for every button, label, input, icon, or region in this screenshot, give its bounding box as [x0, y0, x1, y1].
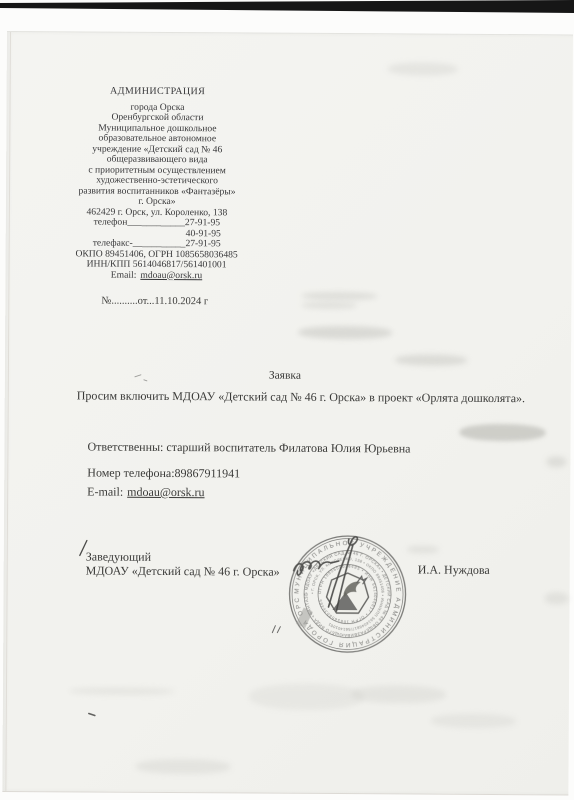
page-ink-marks — [2, 32, 573, 794]
pencil-mark — [135, 375, 147, 381]
scan-edge-artifact — [0, 0, 574, 15]
scan-speck — [89, 714, 95, 716]
quote-mark-artifact — [272, 626, 280, 633]
check-tick-mark — [80, 540, 87, 555]
scanned-document-view: АДМИНИСТРАЦИЯ города Орска Оренбургской … — [0, 0, 574, 800]
document-page: АДМИНИСТРАЦИЯ города Орска Оренбургской … — [2, 31, 573, 795]
